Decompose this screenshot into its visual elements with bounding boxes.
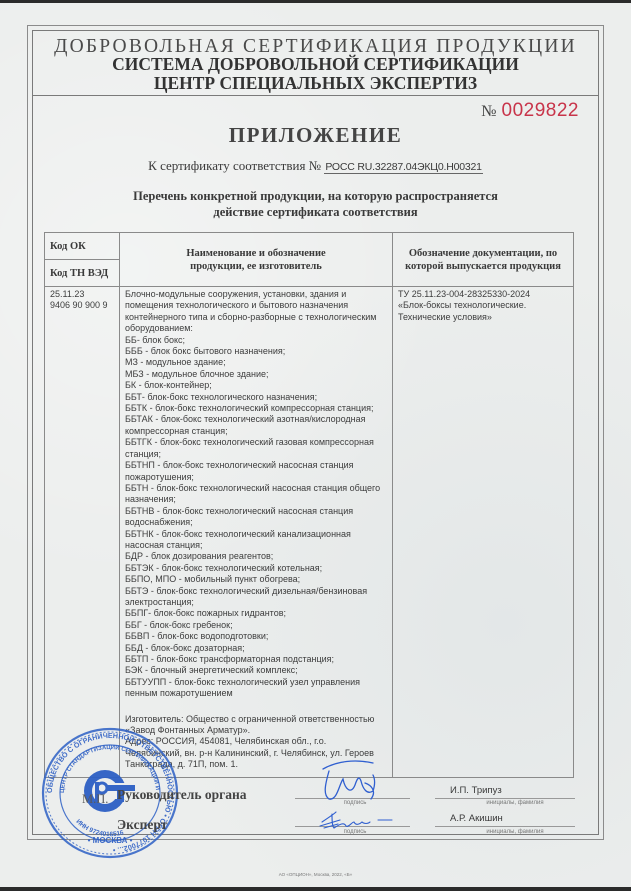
documentation-line: «Блок-боксы технологические. (398, 300, 569, 311)
head-name-caption: инициалы, фамилия (465, 800, 565, 806)
product-line: электростанция; (125, 597, 388, 608)
header-line-3: ЦЕНТР СПЕЦИАЛЬНЫХ ЭКСПЕРТИЗ (33, 73, 598, 94)
header-divider (33, 95, 598, 96)
product-line: ББТУУПП - блок-бокс технологический узел… (125, 677, 388, 688)
product-code: 25.11.23 (50, 289, 115, 300)
header-code-tnved: Код ТН ВЭД (45, 260, 120, 287)
codes-cell: 25.11.239406 90 900 9 (45, 287, 120, 778)
header-documentation-label: Обозначение документации, по которой вып… (397, 247, 569, 273)
product-line: пенным пожаротушением (125, 688, 388, 699)
product-list: Блочно-модульные сооружения, установки, … (125, 289, 388, 700)
header-code-ok: Код ОК (45, 233, 120, 260)
top-edge (0, 0, 631, 3)
product-line: ББД - блок-бокс дозаторная; (125, 643, 388, 654)
expert-role-label: Эксперт (117, 817, 167, 833)
product-line: станция; (125, 449, 388, 460)
table-row: 25.11.239406 90 900 9 Блочно-модульные с… (45, 287, 574, 778)
product-line: МЗ - модульное здание; (125, 357, 388, 368)
certificate-reference: К сертификату соответствия № РОСС RU.322… (33, 158, 598, 174)
head-role-label: Руководитель органа (117, 787, 247, 803)
product-line: МБЗ - модульное блочное здание; (125, 369, 388, 380)
bottom-edge (0, 887, 631, 891)
documentation-line: Технические условия» (398, 312, 569, 323)
expert-signature (318, 808, 398, 832)
product-line: БК - блок-контейнер; (125, 380, 388, 391)
certificate-number: РОСС RU.32287.04ЭКЦ0.Н00321 (324, 161, 482, 174)
certificate-label: К сертификату соответствия № (148, 158, 321, 173)
product-line: ББТЭК - блок-бокс технологический котель… (125, 563, 388, 574)
product-line: ББВП - блок-бокс водоподготовки; (125, 631, 388, 642)
list-title-line-2: действие сертификата соответствия (33, 204, 598, 220)
printer-footnote: АО «ОПЦИОН», Москва, 2022, «Б» (0, 872, 631, 877)
product-line: ББТНП - блок-бокс технологический насосн… (125, 460, 388, 471)
product-line: ББ- блок бокс; (125, 335, 388, 346)
header-line-2: СИСТЕМА ДОБРОВОЛЬНОЙ СЕРТИФИКАЦИИ (33, 54, 598, 75)
form-number: №0029822 (481, 100, 579, 122)
product-line: ББТАК - блок-бокс технологический азотна… (125, 414, 388, 425)
number-sign: № (481, 103, 496, 120)
product-line: ББПГ- блок-бокс пожарных гидрантов; (125, 608, 388, 619)
product-cell: Блочно-модульные сооружения, установки, … (120, 287, 393, 778)
product-line: Блочно-модульные сооружения, установки, … (125, 289, 388, 300)
header-product-label: Наименование и обозначение продукции, ее… (124, 247, 388, 273)
product-line: контейнерного типа и сборно-разборные с … (125, 312, 388, 323)
page-title: ПРИЛОЖЕНИЕ (33, 123, 598, 148)
list-title: Перечень конкретной продукции, на котору… (33, 188, 598, 220)
product-line: пожаротушения; (125, 472, 388, 483)
product-line: ББТК - блок-бокс технологический компрес… (125, 403, 388, 414)
product-line: оборудованием: (125, 323, 388, 334)
product-line: ББПО, МПО - мобильный пункт обогрева; (125, 574, 388, 585)
head-name: И.П. Трипуз (450, 785, 502, 796)
product-line: БЭК - блочный энергетический комплекс; (125, 665, 388, 676)
product-line: ББТН - блок-бокс технологический насосна… (125, 483, 388, 494)
head-signature (315, 755, 395, 805)
product-line: БДР - блок дозирования реагентов; (125, 551, 388, 562)
form-number-value: 0029822 (502, 100, 579, 121)
product-line: компрессорная станция; (125, 426, 388, 437)
expert-name-caption: инициалы, фамилия (465, 829, 565, 835)
list-title-line-1: Перечень конкретной продукции, на котору… (33, 188, 598, 204)
product-line: назначения; (125, 494, 388, 505)
header-product: Наименование и обозначение продукции, ее… (120, 233, 393, 287)
product-line: ББГ - блок-бокс гребенок; (125, 620, 388, 631)
header-documentation: Обозначение документации, по которой вып… (393, 233, 574, 287)
product-line: ББТП - блок-бокс трансформаторная подста… (125, 654, 388, 665)
head-name-line (435, 798, 575, 799)
product-line: помещения технологического и бытового на… (125, 300, 388, 311)
documentation-cell: ТУ 25.11.23-004-28325330-2024«Блок-боксы… (393, 287, 574, 778)
product-line: водоснабжения; (125, 517, 388, 528)
documentation-line: ТУ 25.11.23-004-28325330-2024 (398, 289, 569, 300)
product-line: ББТ- блок-бокс технологического назначен… (125, 392, 388, 403)
expert-name-line (435, 826, 575, 827)
product-line: насосная станция; (125, 540, 388, 551)
product-table: Код ОК Наименование и обозначение продук… (44, 232, 574, 778)
product-line: ББТГК - блок-бокс технологический газова… (125, 437, 388, 448)
manufacturer-line: Изготовитель: Общество с ограниченной от… (125, 714, 388, 725)
seal-place-label: М.П. (82, 792, 108, 807)
product-code: 9406 90 900 9 (50, 300, 115, 311)
expert-name: А.Р. Акишин (450, 813, 503, 824)
product-line: ББТНВ - блок-бокс технологический насосн… (125, 506, 388, 517)
product-line: ББТНК - блок-бокс технологический канали… (125, 529, 388, 540)
product-line: БББ - блок бокс бытового назначения; (125, 346, 388, 357)
product-line: ББТЭ - блок-бокс технологический дизельн… (125, 586, 388, 597)
svg-text:• МОСКВА •: • МОСКВА • (88, 836, 133, 845)
